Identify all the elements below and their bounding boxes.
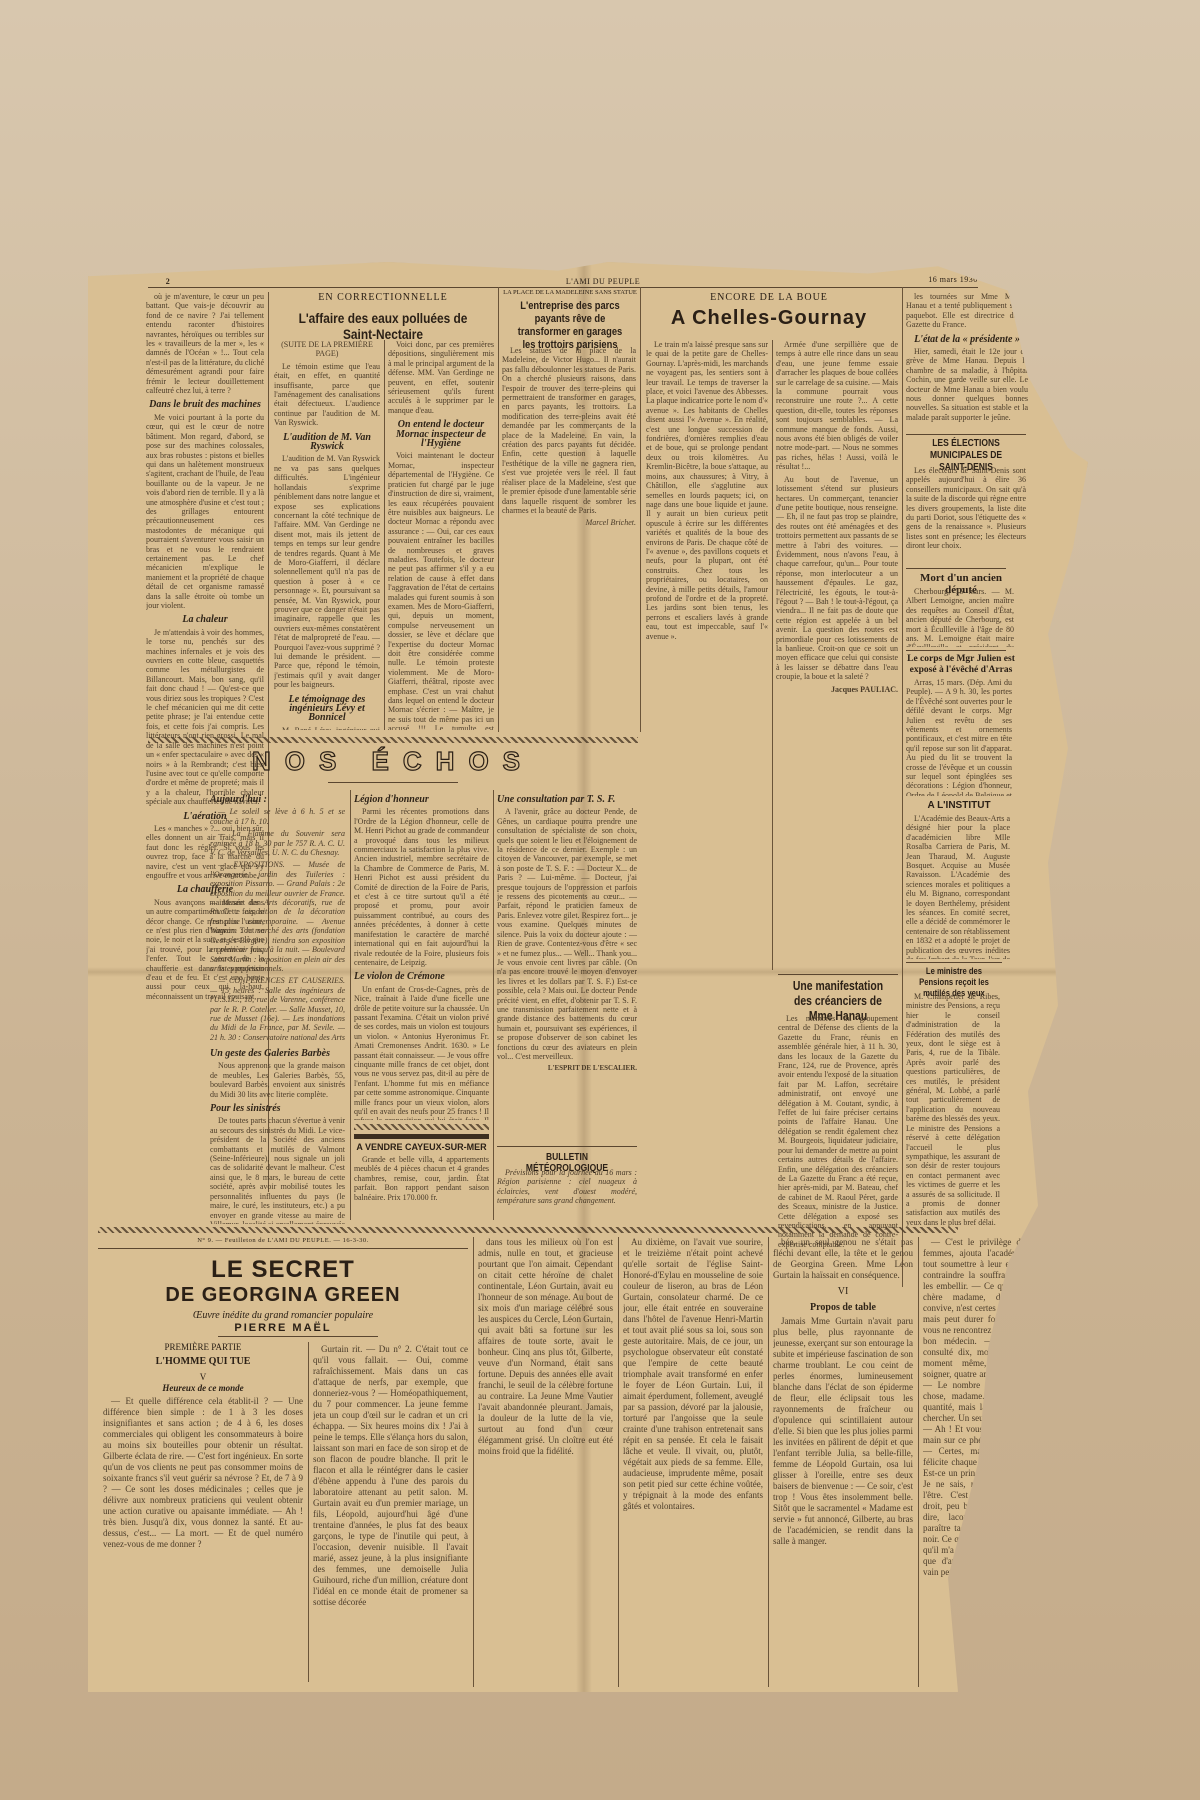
decorative-border: [354, 1124, 489, 1130]
advert-bar: [354, 1134, 489, 1139]
elections-body: Les électeurs de Saint-Denis sont appelé…: [906, 466, 1026, 551]
subhead-mornac: On entend le docteur Mornac inspecteur d…: [388, 420, 494, 448]
column-rule: [308, 1342, 309, 1682]
article-depute: Cherbourg, 15 mars. — M. Albert Lemoigne…: [906, 587, 1014, 647]
parcs-body: Les statues de la place de la Madeleine,…: [502, 346, 636, 515]
article-chelles-col1: Le train m'a laissé presque sans sur le …: [646, 340, 768, 970]
feuilleton-title-1: LE SECRET: [98, 1256, 468, 1284]
column-rule: [918, 1237, 919, 1687]
column-rule: [772, 340, 773, 970]
echos-aujourdhui: Aujourd'hui : — Le soleil se lève à 6 h.…: [210, 790, 345, 1040]
parcs-headline: L'entreprise des parcs payants rêve de t…: [511, 300, 630, 352]
correctionnelle-body-4: Voici donc, par ces premières déposition…: [388, 340, 494, 415]
echo-item: — CONFÉRENCES ET CAUSERIES. — 15 heures …: [210, 976, 345, 1040]
chapter-2-title: Propos de table: [773, 1302, 913, 1313]
column-rule: [768, 1237, 769, 1687]
echo-item: — EXPOSITIONS. — Musée de l'Orangerie, j…: [210, 860, 345, 973]
julien-headline: Le corps de Mgr Julien est exposé à l'év…: [906, 654, 1016, 676]
column-rule: [350, 790, 351, 1220]
subhead-chaleur: La chaleur: [146, 615, 264, 624]
feuilleton-text-5b: Jamais Mme Gurtain n'avait paru plus bel…: [773, 1316, 913, 1547]
aujourdhui-title: Aujourd'hui :: [210, 795, 345, 804]
decorative-border: [98, 1227, 958, 1233]
article-julien: Arras, 15 mars. (Dép. Ami du Peuple). — …: [906, 678, 1012, 796]
section-rule: [778, 974, 898, 975]
meteo-text: Prévisions pour la journée du 16 mars : …: [497, 1168, 637, 1206]
machines-body-2: Je m'attendais à voir des hommes, le tor…: [146, 628, 264, 807]
machines-body-1: Me voici pourtant à la porte du cœur, qu…: [146, 413, 264, 611]
galeries-title: Un geste des Galeries Barbès: [210, 1049, 345, 1058]
article-correctionnelle-col1: (SUITE DE LA PREMIÈRE PAGE) Le témoin es…: [274, 340, 380, 730]
institut-body: L'Académie des Beaux-Arts a désigné hier…: [906, 814, 1010, 959]
correctionnelle-body-1: Le témoin estime que l'eau était, en eff…: [274, 362, 380, 428]
column-rule: [902, 287, 903, 1287]
newspaper-page: 2 L'AMI DU PEUPLE 16 mars 1930 où je m'a…: [88, 262, 1088, 1692]
section-rule: [906, 962, 1002, 963]
feuilleton-col-3: dans tous les milieux où l'on est admis,…: [478, 1237, 613, 1682]
feuilleton-text-2: Gurtain rit. — Du n° 2. C'était tout ce …: [313, 1344, 468, 1608]
correctionnelle-body-3: M. René Lévy, ingénieur qui fut chargé d…: [274, 726, 380, 730]
parcs-signature: Marcel Brichet.: [502, 518, 636, 527]
page-number: 2: [158, 277, 178, 286]
tsf-title: Une consultation par T. S. F.: [497, 795, 637, 804]
article-chelles-col2: Armée d'une serpillière que de temps à a…: [776, 340, 898, 970]
parcs-kicker: LA PLACE DE LA MADELEINE SANS STATUE: [500, 289, 640, 296]
article-institut: L'Académie des Beaux-Arts a désigné hier…: [906, 814, 1010, 959]
feuilleton-col-4: Au dixième, on l'avait vue sourire, et l…: [623, 1237, 763, 1682]
subhead-van-ryswick: L'audition de M. Van Ryswick: [274, 433, 380, 452]
pensions-body: M. Champetier de Ribes, ministre des Pen…: [906, 992, 1000, 1227]
paper-name: L'AMI DU PEUPLE: [528, 277, 678, 286]
chelles-body-2: Armée d'une serpillière que de temps à a…: [776, 340, 898, 472]
violon-title: Le violon de Crémone: [354, 972, 489, 981]
feuilleton-credit: Œuvre inédite du grand romancier populai…: [98, 1310, 468, 1321]
chelles-headline: A Chelles-Gournay: [644, 307, 894, 330]
legion-title: Légion d'honneur: [354, 795, 489, 804]
presidente-body: Hier, samedi, était le 12e jour de grève…: [906, 347, 1028, 422]
feuilleton-col-1: — Et quelle différence cela établit-il ?…: [103, 1396, 303, 1686]
section-rule: [906, 434, 1026, 435]
feuilleton-col-2: Gurtain rit. — Du n° 2. C'était tout ce …: [313, 1344, 468, 1684]
echo-item: — Le soleil se lève à 6 h. 5 et se couch…: [210, 807, 345, 826]
article-parcs: Les statues de la place de la Madeleine,…: [502, 346, 636, 732]
feuilleton-title-2: DE GEORGINA GREEN: [98, 1284, 468, 1307]
feuilleton-col-5: bée, un seul genou ne s'était pas fléchi…: [773, 1237, 913, 1682]
echos-signature: L'ESPRIT DE L'ESCALIER.: [497, 1064, 637, 1073]
feuilleton-part: PREMIÈRE PARTIE: [103, 1342, 303, 1352]
hanau-body: Les membres du groupement central de Déf…: [778, 1014, 898, 1249]
legion-body: Parmi les récentes promotions dans l'Ord…: [354, 807, 489, 967]
sinistres-body: De toutes parts chacun s'évertue à venir…: [210, 1116, 345, 1224]
column-rule: [384, 340, 385, 730]
feuilleton-part-title: L'HOMME QUI TUE: [103, 1356, 303, 1367]
section-rule: [906, 568, 1006, 569]
subhead-ingenieurs: Le témoignage des ingénieurs Lévy et Bon…: [274, 695, 380, 723]
feuilleton-text-3: dans tous les milieux où l'on est admis,…: [478, 1237, 613, 1457]
article-correctionnelle-col2: Voici donc, par ces premières déposition…: [388, 340, 494, 730]
echos-legion-violon: Légion d'honneur Parmi les récentes prom…: [354, 790, 489, 1120]
title-underline: [328, 782, 458, 783]
section-rule: [906, 650, 1006, 651]
column-rule: [473, 1237, 474, 1687]
section-rule: [98, 1248, 468, 1249]
machines-lead: où je m'aventure, le cœur un peu battant…: [146, 292, 264, 395]
feuilleton-author: PIERRE MAËL: [98, 1322, 468, 1334]
section-rule: [497, 1146, 637, 1147]
correctionnelle-body-5: Voici maintenant le docteur Mornac, insp…: [388, 451, 494, 730]
subhead-bruit-machines: Dans le bruit des machines: [146, 400, 264, 409]
institut-headline: A L'INSTITUT: [906, 800, 1012, 811]
tsf-body: A l'avenir, grâce au docteur Pende, de G…: [497, 807, 637, 1061]
feuilleton-text-4: Au dixième, on l'avait vue sourire, et l…: [623, 1237, 763, 1512]
feuilleton-text-1: — Et quelle différence cela établit-il ?…: [103, 1396, 303, 1550]
meteo-body: Prévisions pour la journée du 16 mars : …: [497, 1168, 637, 1208]
article-elections: Les électeurs de Saint-Denis sont appelé…: [906, 466, 1026, 566]
feuilleton-text-5: bée, un seul genou ne s'était pas fléchi…: [773, 1237, 913, 1281]
galeries-body: Nous apprenons que la grande maison de m…: [210, 1061, 345, 1099]
chelles-body-3: Au bout de l'avenue, un lotissement s'ét…: [776, 475, 898, 682]
column-rule: [493, 790, 494, 1220]
echos-galeries-sinistres: Un geste des Galeries Barbès Nous appren…: [210, 1044, 345, 1224]
author-underline: [218, 1336, 378, 1337]
feuilleton-header: N° 9. — Feuilleton de L'AMI DU PEUPLE. —…: [98, 1237, 468, 1244]
chelles-kicker: ENCORE DE LA BOUE: [644, 292, 894, 303]
subhead-etat-presidente: L'état de la « présidente »: [906, 335, 1028, 344]
article-presidente: les tournées sur Mme Marthe Hanau et a t…: [906, 292, 1028, 432]
depute-body: Cherbourg, 15 mars. — M. Albert Lemoigne…: [906, 587, 1014, 647]
julien-body: Arras, 15 mars. (Dép. Ami du Peuple). — …: [906, 678, 1012, 796]
chapter-2-number: VI: [773, 1286, 913, 1297]
echos-title: NOS ÉCHOS: [148, 746, 638, 777]
feuilleton-chapter: V: [103, 1372, 303, 1382]
echos-tsf: Une consultation par T. S. F. A l'avenir…: [497, 790, 637, 1130]
chelles-signature: Jacques PAULIAC.: [776, 685, 898, 694]
feuilleton-chapter-title: Heureux de ce monde: [103, 1383, 303, 1393]
column-rule: [640, 287, 641, 732]
correctionnelle-body-2: L'audition de M. Van Ryswick ne va pas s…: [274, 454, 380, 689]
advert-body: Grande et belle villa, 4 appartements me…: [354, 1155, 489, 1200]
echo-item: — La Flamme du Souvenir sera ranimée à 1…: [210, 829, 345, 857]
violon-body: Un enfant de Cros-de-Cagnes, près de Nic…: [354, 985, 489, 1120]
masthead-rule: [148, 287, 978, 288]
correctionnelle-headline: L'affaire des eaux polluées de Saint-Nec…: [290, 310, 477, 342]
column-rule: [498, 287, 499, 732]
continued-note: (SUITE DE LA PREMIÈRE PAGE): [274, 340, 380, 359]
sinistres-title: Pour les sinistrés: [210, 1104, 345, 1113]
decorative-border: [148, 737, 638, 743]
chelles-body-1: Le train m'a laissé presque sans sur le …: [646, 340, 768, 641]
advert-headline: A VENDRE CAYEUX-SUR-MER: [354, 1142, 489, 1152]
advert-text: Grande et belle villa, 4 appartements me…: [354, 1155, 489, 1200]
column-rule: [618, 1237, 619, 1687]
correctionnelle-kicker: EN CORRECTIONNELLE: [273, 292, 493, 303]
